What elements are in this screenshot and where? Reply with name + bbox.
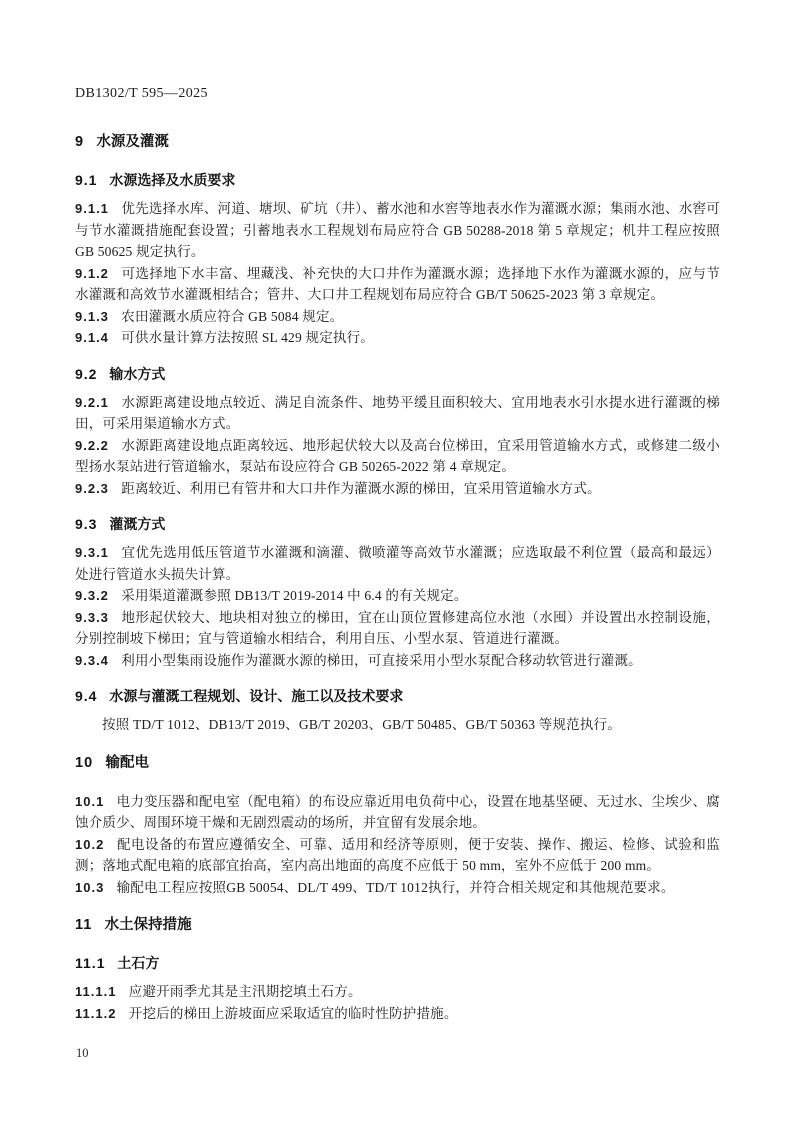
clause-text: 优先选择水库、河道、塘坝、矿坑（井）、蓄水池和水窖等地表水作为灌溉水源；集雨水池… xyxy=(75,201,720,259)
clause-text: 距离较近、利用已有管井和大口井作为灌溉水源的梯田，宜采用管道输水方式。 xyxy=(121,481,601,496)
clause-text: 输配电工程应按照GB 50054、DL/T 499、TD/T 1012执行，并符… xyxy=(117,880,675,895)
clause-text: 按照 TD/T 1012、DB13/T 2019、GB/T 20203、GB/T… xyxy=(102,717,621,732)
subsection-title: 水源选择及水质要求 xyxy=(109,172,235,188)
clause-10-1: 10.1电力变压器和配电室（配电箱）的布设应靠近用电负荷中心，设置在地基坚硬、无… xyxy=(75,791,720,834)
clause-text: 农田灌溉水质应符合 GB 5084 规定。 xyxy=(121,309,343,324)
clause-10-2: 10.2配电设备的布置应遵循安全、可靠、适用和经济等原则，便于安装、操作、搬运、… xyxy=(75,834,720,877)
clause-text: 可选择地下水丰富、埋藏浅、补充快的大口井作为灌溉水源；选择地下水作为灌溉水源的，… xyxy=(75,266,720,303)
clause-number: 11.1.2 xyxy=(75,1006,116,1021)
subsection-title: 灌溉方式 xyxy=(109,516,165,532)
clause-text: 应避开雨季尤其是主汛期挖填土石方。 xyxy=(129,984,362,999)
clause-number: 9.2.3 xyxy=(75,481,109,496)
clause-9-1-4: 9.1.4可供水量计算方法按照 SL 429 规定执行。 xyxy=(75,327,720,349)
subsection-title: 输水方式 xyxy=(109,366,165,382)
subsection-heading-11-1: 11.1土石方 xyxy=(75,953,720,973)
section-heading-11: 11水土保持措施 xyxy=(75,915,720,935)
subsection-number: 11.1 xyxy=(75,955,105,971)
clause-9-1-3: 9.1.3农田灌溉水质应符合 GB 5084 规定。 xyxy=(75,306,720,328)
clause-9-3-1: 9.3.1宜优先选用低压管道节水灌溉和滴灌、微喷灌等高效节水灌溉；应选取最不利位… xyxy=(75,542,720,585)
subsection-title: 土石方 xyxy=(117,955,159,971)
clause-number: 9.1.4 xyxy=(75,330,109,345)
clause-text: 采用渠道灌溉参照 DB13/T 2019-2014 中 6.4 的有关规定。 xyxy=(121,588,467,603)
clause-11-1-1: 11.1.1应避开雨季尤其是主汛期挖填土石方。 xyxy=(75,981,720,1003)
clause-text: 电力变压器和配电室（配电箱）的布设应靠近用电负荷中心，设置在地基坚硬、无过水、尘… xyxy=(75,794,720,831)
clause-number: 9.1.1 xyxy=(75,201,109,216)
clause-number: 11.1.1 xyxy=(75,984,116,999)
clause-10-3: 10.3输配电工程应按照GB 50054、DL/T 499、TD/T 1012执… xyxy=(75,877,720,899)
section-heading-10: 10输配电 xyxy=(75,753,720,773)
subsection-number: 9.4 xyxy=(75,688,97,704)
clause-number: 9.1.3 xyxy=(75,309,109,324)
clause-number: 10.2 xyxy=(75,837,104,852)
clause-number: 9.2.1 xyxy=(75,395,109,410)
clause-text: 地形起伏较大、地块相对独立的梯田，宜在山顶位置修建高位水池（水囤）并设置出水控制… xyxy=(75,610,720,647)
subsection-heading-9-3: 9.3灌溉方式 xyxy=(75,514,720,534)
clause-number: 9.3.2 xyxy=(75,588,109,603)
clause-9-4-body: 按照 TD/T 1012、DB13/T 2019、GB/T 20203、GB/T… xyxy=(75,714,720,736)
section-title: 水源及灌溉 xyxy=(96,134,169,150)
section-title: 水土保持措施 xyxy=(105,917,192,933)
doc-code-header: DB1302/T 595—2025 xyxy=(75,86,720,102)
section-number: 10 xyxy=(75,755,93,771)
clause-number: 9.3.3 xyxy=(75,610,109,625)
subsection-number: 9.3 xyxy=(75,516,97,532)
clause-text: 宜优先选用低压管道节水灌溉和滴灌、微喷灌等高效节水灌溉；应选取最不利位置（最高和… xyxy=(75,545,720,582)
clause-number: 9.3.4 xyxy=(75,653,109,668)
clause-9-2-3: 9.2.3距离较近、利用已有管井和大口井作为灌溉水源的梯田，宜采用管道输水方式。 xyxy=(75,478,720,500)
clause-9-3-3: 9.3.3地形起伏较大、地块相对独立的梯田，宜在山顶位置修建高位水池（水囤）并设… xyxy=(75,607,720,650)
clause-9-2-1: 9.2.1水源距离建设地点较近、满足自流条件、地势平缓且面积较大、宜用地表水引水… xyxy=(75,392,720,435)
subsection-number: 9.2 xyxy=(75,366,97,382)
clause-9-3-2: 9.3.2采用渠道灌溉参照 DB13/T 2019-2014 中 6.4 的有关… xyxy=(75,585,720,607)
clause-text: 水源距离建设地点距离较远、地形起伏较大以及高台位梯田，宜采用管道输水方式，或修建… xyxy=(75,438,720,475)
section-title: 输配电 xyxy=(105,755,149,771)
subsection-heading-9-4: 9.4水源与灌溉工程规划、设计、施工以及技术要求 xyxy=(75,686,720,706)
clause-text: 可供水量计算方法按照 SL 429 规定执行。 xyxy=(121,330,374,345)
clause-number: 9.2.2 xyxy=(75,438,109,453)
subsection-number: 9.1 xyxy=(75,172,97,188)
clause-11-1-2: 11.1.2开挖后的梯田上游坡面应采取适宜的临时性防护措施。 xyxy=(75,1003,720,1025)
clause-9-2-2: 9.2.2水源距离建设地点距离较远、地形起伏较大以及高台位梯田，宜采用管道输水方… xyxy=(75,435,720,478)
page-number: 10 xyxy=(76,1046,89,1061)
section-heading-9: 9水源及灌溉 xyxy=(75,132,720,152)
clause-text: 利用小型集雨设施作为灌溉水源的梯田，可直接采用小型水泵配合移动软管进行灌溉。 xyxy=(121,653,642,668)
clause-9-1-2: 9.1.2可选择地下水丰富、埋藏浅、补充快的大口井作为灌溉水源；选择地下水作为灌… xyxy=(75,263,720,306)
clause-number: 9.3.1 xyxy=(75,545,109,560)
clause-number: 9.1.2 xyxy=(75,266,109,281)
section-number: 9 xyxy=(75,134,84,150)
clause-text: 开挖后的梯田上游坡面应采取适宜的临时性防护措施。 xyxy=(129,1006,458,1021)
clause-text: 水源距离建设地点较近、满足自流条件、地势平缓且面积较大、宜用地表水引水提水进行灌… xyxy=(75,395,720,432)
subsection-heading-9-1: 9.1水源选择及水质要求 xyxy=(75,170,720,190)
clause-9-3-4: 9.3.4利用小型集雨设施作为灌溉水源的梯田，可直接采用小型水泵配合移动软管进行… xyxy=(75,650,720,672)
section-number: 11 xyxy=(75,917,92,933)
clause-number: 10.1 xyxy=(75,794,104,809)
subsection-title: 水源与灌溉工程规划、设计、施工以及技术要求 xyxy=(109,688,403,704)
clause-9-1-1: 9.1.1优先选择水库、河道、塘坝、矿坑（井）、蓄水池和水窖等地表水作为灌溉水源… xyxy=(75,198,720,263)
document-page: DB1302/T 595—2025 9水源及灌溉 9.1水源选择及水质要求 9.… xyxy=(0,0,794,1123)
clause-text: 配电设备的布置应遵循安全、可靠、适用和经济等原则，便于安装、操作、搬运、检修、试… xyxy=(75,837,720,874)
subsection-heading-9-2: 9.2输水方式 xyxy=(75,364,720,384)
page-content: DB1302/T 595—2025 9水源及灌溉 9.1水源选择及水质要求 9.… xyxy=(75,86,720,1024)
clause-number: 10.3 xyxy=(75,880,104,895)
